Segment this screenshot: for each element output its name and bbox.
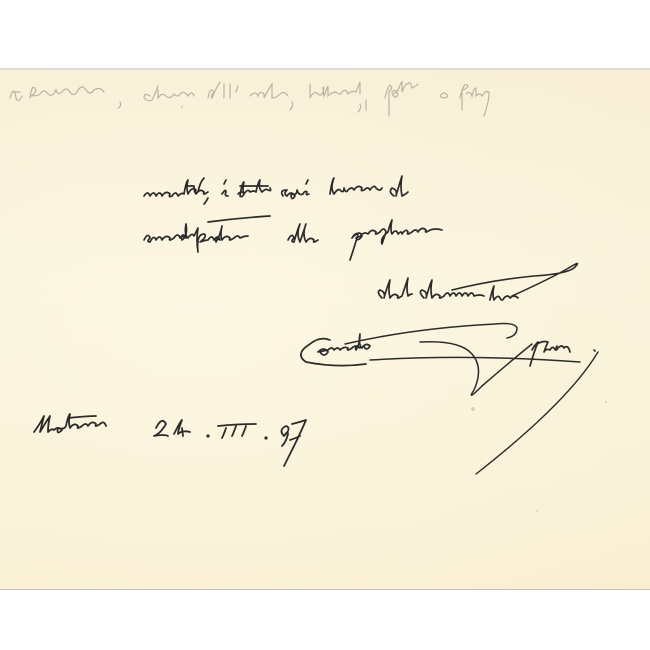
letter-paper bbox=[0, 68, 650, 590]
